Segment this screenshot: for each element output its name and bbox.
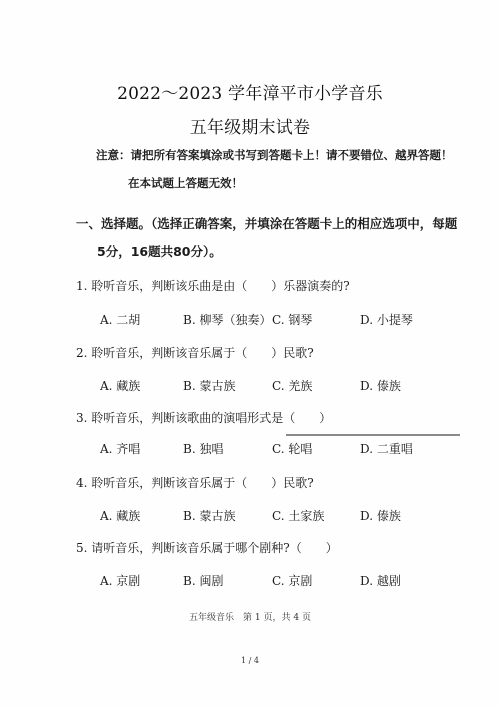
q1-option-d: D. 小提琴 xyxy=(360,311,413,328)
q2-option-c: C. 羌族 xyxy=(272,377,312,394)
question-2: 2. 聆听音乐，判断该音乐属于（ ）民歌? xyxy=(76,344,314,361)
scan-line-divider xyxy=(286,434,460,436)
q3-option-d: D. 二重唱 xyxy=(360,440,413,457)
page-counter: 1 / 4 xyxy=(0,656,500,665)
q1-option-c: C. 钢琴 xyxy=(272,311,312,328)
q3-option-c: C. 轮唱 xyxy=(272,440,312,457)
q5-option-b: B. 闽剧 xyxy=(183,572,223,589)
q5-option-c: C. 京剧 xyxy=(272,572,312,589)
notice-line-1: 注意：请把所有答案填涂或书写到答题卡上！请不要错位、越界答题！ xyxy=(96,147,453,163)
exam-title: 2022～2023 学年漳平市小学音乐 xyxy=(0,79,500,104)
question-4: 4. 聆听音乐，判断该音乐属于（ ）民歌? xyxy=(76,474,314,491)
page-footer-label: 五年级音乐 第 1 页，共 4 页 xyxy=(0,610,500,623)
q5-option-d: D. 越剧 xyxy=(360,572,401,589)
question-5: 5. 请听音乐，判断该音乐属于哪个剧种?（ ） xyxy=(76,539,338,556)
section-heading-cont: 5分，16题共80分）。 xyxy=(97,242,222,260)
q3-option-b: B. 独唱 xyxy=(183,440,223,457)
q1-option-a: A. 二胡 xyxy=(100,311,140,328)
question-3: 3. 聆听音乐，判断该歌曲的演唱形式是（ ） xyxy=(76,409,331,426)
q4-option-a: A. 藏族 xyxy=(100,507,140,524)
q5-option-a: A. 京剧 xyxy=(100,572,140,589)
q4-option-c: C. 土家族 xyxy=(272,507,324,524)
q2-option-b: B. 蒙古族 xyxy=(183,377,235,394)
exam-page: 2022～2023 学年漳平市小学音乐 五年级期末试卷 注意：请把所有答案填涂或… xyxy=(0,0,500,707)
question-1: 1. 聆听音乐，判断该乐曲是由（ ）乐器演奏的? xyxy=(76,277,350,294)
q2-option-a: A. 藏族 xyxy=(100,377,140,394)
q3-option-a: A. 齐唱 xyxy=(100,440,140,457)
notice-line-2: 在本试题上答题无效！ xyxy=(128,175,243,191)
q4-option-d: D. 傣族 xyxy=(360,507,401,524)
section-heading: 一、选择题。（选择正确答案，并填涂在答题卡上的相应选项中，每题 xyxy=(76,214,457,232)
q2-option-d: D. 傣族 xyxy=(360,377,401,394)
q1-option-b: B. 柳琴（独奏） xyxy=(183,311,271,328)
exam-subtitle: 五年级期末试卷 xyxy=(0,113,500,138)
q4-option-b: B. 蒙古族 xyxy=(183,507,235,524)
